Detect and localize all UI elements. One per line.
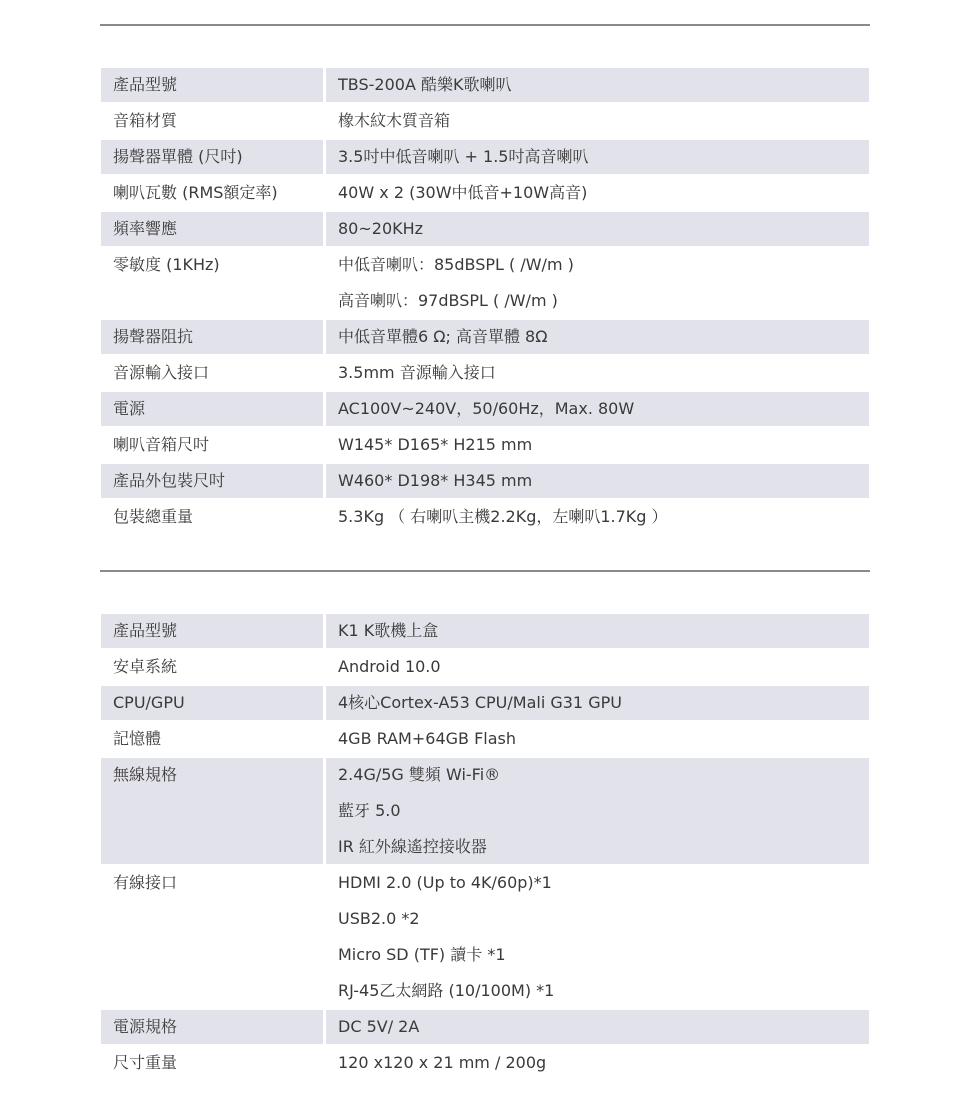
spec-row-model: 產品型號 TBS-200A 酷樂K歌喇叭 xyxy=(101,68,869,102)
spec-value: 3.5吋中低音喇叭 + 1.5吋高音喇叭 xyxy=(326,140,869,174)
spec-label: 記憶體 xyxy=(101,722,323,756)
settop-spec-table: 產品型號 K1 K歌機上盒 安卓系統 Android 10.0 CPU/GPU … xyxy=(101,614,869,1082)
spec-label: CPU/GPU xyxy=(101,686,323,720)
spec-label: 音源輸入接口 xyxy=(101,356,323,390)
spec-label: 揚聲器單體 (尺吋) xyxy=(101,140,323,174)
spec-label: 揚聲器阻抗 xyxy=(101,320,323,354)
speaker-spec-table: 產品型號 TBS-200A 酷樂K歌喇叭 音箱材質 橡木紋木質音箱 揚聲器單體 … xyxy=(101,68,869,536)
spec-value: 中低音單體6 Ω; 高音單體 8Ω xyxy=(326,320,869,354)
spec-label: 喇叭音箱尺吋 xyxy=(101,428,323,462)
spec-value: K1 K歌機上盒 xyxy=(326,614,869,648)
spec-row-android: 安卓系統 Android 10.0 xyxy=(101,650,869,684)
spec-value: 80~20KHz xyxy=(326,212,869,246)
spec-row-total-weight: 包裝總重量 5.3Kg （ 右喇叭主機2.2Kg，左喇叭1.7Kg ） xyxy=(101,500,869,534)
spec-row-sensitivity: 零敏度 (1KHz) 中低音喇叭：85dBSPL ( /W/m ) 高音喇叭：9… xyxy=(101,248,869,318)
top-divider xyxy=(100,24,870,26)
spec-row-wireless: 無線規格 2.4G/5G 雙頻 Wi-Fi® 藍牙 5.0 IR 紅外線遙控接收… xyxy=(101,758,869,864)
spec-row-wattage: 喇叭瓦數 (RMS額定率) 40W x 2 (30W中低音+10W高音) xyxy=(101,176,869,210)
middle-divider xyxy=(100,570,870,572)
spec-label: 安卓系統 xyxy=(101,650,323,684)
spec-value: 4GB RAM+64GB Flash xyxy=(326,722,869,756)
spec-label: 喇叭瓦數 (RMS額定率) xyxy=(101,176,323,210)
spec-value: W145* D165* H215 mm xyxy=(326,428,869,462)
spec-value: 中低音喇叭：85dBSPL ( /W/m ) 高音喇叭：97dBSPL ( /W… xyxy=(326,248,869,318)
spec-label: 產品型號 xyxy=(101,68,323,102)
spec-value: HDMI 2.0 (Up to 4K/60p)*1 USB2.0 *2 Micr… xyxy=(326,866,869,1008)
spec-label: 零敏度 (1KHz) xyxy=(101,248,323,318)
spec-label: 產品型號 xyxy=(101,614,323,648)
spec-value: 5.3Kg （ 右喇叭主機2.2Kg，左喇叭1.7Kg ） xyxy=(326,500,869,534)
spec-value: 橡木紋木質音箱 xyxy=(326,104,869,138)
spec-value: DC 5V/ 2A xyxy=(326,1010,869,1044)
spec-value: 3.5mm 音源輸入接口 xyxy=(326,356,869,390)
spec-row-cpu-gpu: CPU/GPU 4核心Cortex-A53 CPU/Mali G31 GPU xyxy=(101,686,869,720)
spec-label: 電源規格 xyxy=(101,1010,323,1044)
spec-row-material: 音箱材質 橡木紋木質音箱 xyxy=(101,104,869,138)
spec-row-frequency-response: 頻率響應 80~20KHz xyxy=(101,212,869,246)
spec-label: 電源 xyxy=(101,392,323,426)
spec-value: W460* D198* H345 mm xyxy=(326,464,869,498)
spec-row-memory: 記憶體 4GB RAM+64GB Flash xyxy=(101,722,869,756)
spec-value: AC100V~240V，50/60Hz，Max. 80W xyxy=(326,392,869,426)
spec-row-impedance: 揚聲器阻抗 中低音單體6 Ω; 高音單體 8Ω xyxy=(101,320,869,354)
spec-row-power: 電源 AC100V~240V，50/60Hz，Max. 80W xyxy=(101,392,869,426)
spec-row-wired-ports: 有線接口 HDMI 2.0 (Up to 4K/60p)*1 USB2.0 *2… xyxy=(101,866,869,1008)
spec-row-driver-size: 揚聲器單體 (尺吋) 3.5吋中低音喇叭 + 1.5吋高音喇叭 xyxy=(101,140,869,174)
spec-row-model: 產品型號 K1 K歌機上盒 xyxy=(101,614,869,648)
spec-label: 有線接口 xyxy=(101,866,323,1008)
spec-row-size-weight: 尺寸重量 120 x120 x 21 mm / 200g xyxy=(101,1046,869,1080)
spec-label: 產品外包裝尺吋 xyxy=(101,464,323,498)
spec-label: 無線規格 xyxy=(101,758,323,864)
spec-value: 40W x 2 (30W中低音+10W高音) xyxy=(326,176,869,210)
spec-value: TBS-200A 酷樂K歌喇叭 xyxy=(326,68,869,102)
spec-value: Android 10.0 xyxy=(326,650,869,684)
spec-label: 頻率響應 xyxy=(101,212,323,246)
spec-label: 尺寸重量 xyxy=(101,1046,323,1080)
spec-value: 120 x120 x 21 mm / 200g xyxy=(326,1046,869,1080)
spec-row-package-dimensions: 產品外包裝尺吋 W460* D198* H345 mm xyxy=(101,464,869,498)
spec-label: 音箱材質 xyxy=(101,104,323,138)
spec-value: 4核心Cortex-A53 CPU/Mali G31 GPU xyxy=(326,686,869,720)
spec-row-speaker-dimensions: 喇叭音箱尺吋 W145* D165* H215 mm xyxy=(101,428,869,462)
spec-value: 2.4G/5G 雙頻 Wi-Fi® 藍牙 5.0 IR 紅外線遙控接收器 xyxy=(326,758,869,864)
spec-row-power-spec: 電源規格 DC 5V/ 2A xyxy=(101,1010,869,1044)
spec-label: 包裝總重量 xyxy=(101,500,323,534)
spec-row-audio-input: 音源輸入接口 3.5mm 音源輸入接口 xyxy=(101,356,869,390)
